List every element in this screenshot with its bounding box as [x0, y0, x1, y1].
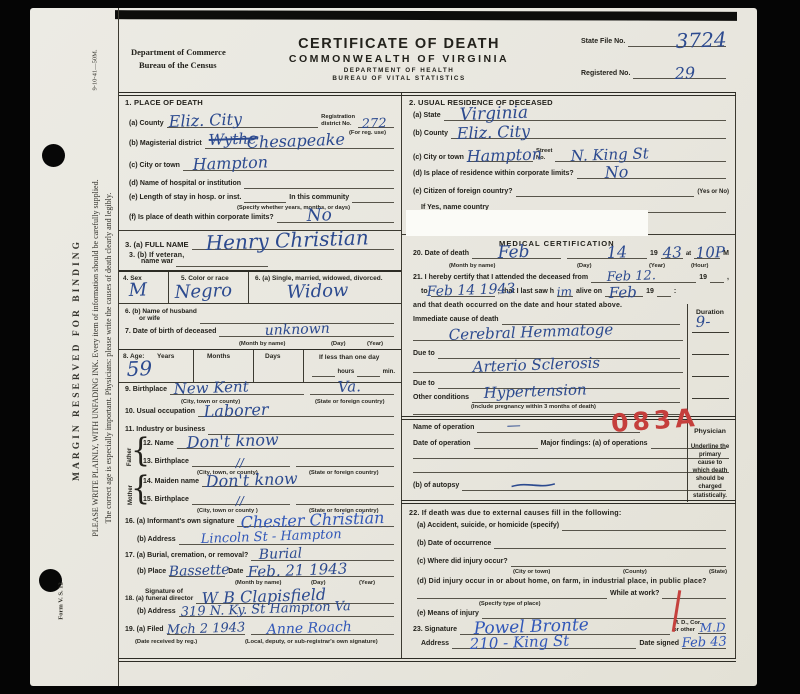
injury-city-note: (City or town) [513, 569, 550, 575]
dod-year-value: 43 [662, 246, 682, 260]
county-value: Eliz. City [168, 112, 242, 129]
corp-limits-value: No [306, 208, 332, 224]
years-label: Years [157, 353, 174, 360]
date-of-death-label: 20. Date of death [413, 250, 469, 259]
full-name-line: Henry Christian [192, 241, 394, 250]
res-county-label: (b) County [413, 130, 448, 139]
certificate-form: Department of Commerce Bureau of the Cen… [118, 8, 735, 686]
duration-value: 9- [696, 315, 711, 329]
occupation-label: 10. Usual occupation [125, 408, 195, 417]
punct: , [727, 274, 729, 283]
column-divider [401, 92, 402, 658]
registrar-signature: Anne Roach [266, 621, 351, 637]
res-corp-line: No [577, 170, 726, 179]
street-no-value: N. King St [571, 147, 649, 163]
code-stamp: 083A [610, 403, 699, 438]
major-findings-label: Major findings: (a) of operations [541, 440, 648, 449]
alive-on-label: alive on [576, 288, 602, 297]
informant-address-line: Lincoln St - Hampton [179, 536, 394, 545]
means-of-injury-label: (e) Means of injury [417, 610, 479, 619]
md-value: M.D [700, 622, 726, 634]
punch-hole [42, 144, 65, 167]
burial-year-note: (Year) [359, 580, 375, 586]
spouse-label: 6. (b) Name of husband or wife [125, 308, 197, 324]
dob-month-note: (Month by name) [239, 341, 285, 347]
bottom-rule [119, 658, 736, 662]
dob-value: unknown [265, 323, 330, 338]
filed-date-value: Mch 2 1943 [166, 623, 245, 637]
stay-label: (e) Length of stay in hosp. or inst. [129, 194, 241, 203]
stay-note: (Specify whether years, months, or days) [237, 205, 350, 211]
accident-label: (a) Accident, suicide, or homicide (spec… [417, 522, 559, 531]
cell-divider [193, 350, 194, 382]
hospital-label: (d) Name of hospital or institution [129, 180, 241, 189]
community-line [352, 194, 394, 203]
md-line: M.D [698, 627, 726, 634]
stay-line [244, 194, 286, 203]
city-town-label: (c) City or town [129, 162, 180, 171]
burial-place-line: Bassette [169, 568, 225, 577]
funeral-director-label: Signature of 18. (a) funeral director [125, 588, 193, 604]
informant-label: 16. (a) Informant's own signature [125, 518, 234, 527]
min-label: min. [383, 369, 395, 377]
cell-divider [253, 350, 254, 382]
funeral-address-line: 319 N. Ky. St Hampton Va [179, 608, 394, 617]
other-conditions-value: Hypertension [483, 383, 586, 400]
reg-district-label: Registration district No. [321, 114, 355, 128]
write-plainly-notice: PLEASE WRITE PLAINLY, WITH UNFADING INK.… [90, 179, 116, 536]
min-line [357, 368, 380, 377]
operation-value: — [507, 420, 521, 433]
rule [692, 398, 729, 399]
rule [401, 500, 736, 504]
citizen-line [516, 188, 695, 197]
certify-text-3: and that death occurred on the date and … [413, 302, 622, 309]
community-label: In this community [289, 194, 349, 203]
due-cont-line: Arterio Sclerosis [413, 364, 683, 373]
attended-to-line: Feb 14 1943 [431, 288, 495, 297]
dod-hour-note: (Hour) [691, 263, 708, 269]
father-birthplace-line: // [192, 458, 290, 467]
registered-no-value: 29 [675, 66, 696, 81]
name-war-line [176, 258, 268, 267]
dod-month-note: (Month by name) [449, 263, 495, 269]
operation-date-line [474, 440, 538, 449]
rule [692, 354, 729, 355]
registered-no-line: 29 [633, 70, 726, 79]
dod-month-value: Feb [497, 245, 529, 261]
him-line: im [557, 288, 573, 297]
occupation-line: Laborer [198, 408, 394, 417]
full-name-label: 3. (a) FULL NAME [125, 241, 189, 250]
print-code: 9-10-41—50M. [92, 50, 99, 91]
filed-date-line: Mch 2 1943 [167, 626, 245, 635]
mother-birthplace-state-line [296, 496, 394, 505]
mother-birthplace-value: // [236, 496, 244, 507]
injury-place-label: (d) Did injury occur in or about home, o… [417, 578, 707, 585]
injury-state-note: (State) [709, 569, 727, 575]
him-value: im [557, 287, 573, 298]
res-state-label: (a) State [413, 112, 441, 121]
punct: : [674, 288, 676, 297]
reg-district-value: 272 [362, 118, 387, 131]
blank-line [413, 472, 729, 473]
printed-19: 19 [699, 274, 707, 283]
state-file-line: 3724 [628, 38, 726, 47]
date-signed-label: Date signed [639, 640, 679, 649]
attended-from-line: Feb 12. [591, 274, 696, 283]
days-label: Days [265, 353, 281, 360]
rule [692, 332, 729, 333]
due-to-line-2: Hypertension [438, 380, 680, 389]
father-birthplace-state-line [296, 458, 394, 467]
father-birthplace-value: // [236, 458, 244, 469]
mother-birthplace-label: 15. Birthplace [143, 496, 189, 505]
date-signed-value: Feb 43 [682, 637, 727, 650]
burial-date-line: Feb. 21 1943 [246, 568, 394, 577]
place-type-note: (Specify type of place) [479, 601, 541, 607]
res-corp-label: (d) Is place of residence within corpora… [413, 170, 574, 179]
mother-name-label: 14. Maiden name [143, 478, 199, 487]
dod-day-line: 14 [567, 250, 647, 259]
write-plainly-line2: The correct age is especially important.… [103, 179, 116, 536]
bureau-census: Bureau of the Census [131, 59, 226, 72]
father-birthplace-label: 13. Birthplace [143, 458, 189, 467]
attended-from-value: Feb 12. [607, 271, 657, 284]
magisterial-line: Wythe Chesapeake [205, 140, 394, 149]
magisterial-label: (b) Magisterial district [129, 140, 202, 149]
cause-cont-line: Cerebral Hemmatoge [413, 332, 683, 341]
while-at-work-line [662, 590, 726, 599]
mother-birthplace-line: // [192, 496, 290, 505]
citizen-label: (e) Citizen of foreign country? [413, 188, 513, 197]
rule [692, 376, 729, 377]
binding-notice: MARGIN RESERVED FOR BINDING [72, 239, 82, 481]
father-name-label: 12. Name [143, 440, 174, 449]
dod-day-note: (Day) [577, 263, 592, 269]
burial-label: 17. (a) Burial, cremation, or removal? [125, 552, 248, 561]
physician-instruction: Underline the primary cause to which dea… [688, 443, 732, 500]
dod-month-line: Feb [472, 250, 561, 259]
months-label: Months [207, 353, 230, 360]
birthplace-label: 9. Birthplace [125, 386, 167, 395]
name-war-label: name war [141, 258, 173, 267]
occurrence-date-label: (b) Date of occurrence [417, 540, 491, 549]
certificate-title: CERTIFICATE OF DEATH [259, 36, 539, 52]
printed-19: 19 [650, 250, 658, 259]
street-no-line: N. King St [555, 153, 726, 162]
write-plainly-line1: PLEASE WRITE PLAINLY, WITH UNFADING INK.… [90, 179, 103, 536]
full-name-value: Henry Christian [205, 228, 369, 252]
county-label: (a) County [129, 120, 164, 129]
burial-date-label: Date [228, 568, 243, 577]
printed-19: 19 [646, 288, 654, 297]
injury-where-label: (c) Where did injury occur? [417, 558, 508, 567]
informant-address-value: Lincoln St - Hampton [200, 529, 341, 546]
physician-address-label: Address [421, 640, 449, 649]
less-than-day-label: If less than one day [319, 354, 379, 361]
dod-day-value: 14 [606, 245, 627, 260]
res-city-label: (c) City or town [413, 154, 464, 163]
dod-hour-value: 10P [696, 245, 726, 260]
registrar-note: (Local, deputy, or sub-registrar's own s… [245, 639, 378, 645]
occurrence-date-line [494, 540, 726, 549]
physician-signature-label: 23. Signature [413, 626, 457, 635]
res-state-line: Virginia [444, 112, 726, 121]
registered-no-label: Registered No. [581, 70, 630, 79]
place-type-line [417, 590, 607, 599]
operation-label: Name of operation [413, 424, 474, 433]
autopsy-mark: ~ [502, 475, 565, 494]
filed-note: (Date received by reg.) [135, 639, 197, 645]
dept-commerce: Department of Commerce [131, 46, 226, 59]
cell-divider [303, 350, 304, 382]
blank-line [657, 288, 671, 297]
form-number: Form V. S. 12 [58, 582, 65, 620]
mother-name-line: Don't know [202, 478, 394, 487]
race-value: Negro [174, 283, 232, 301]
sex-race-marital-cells: 4. Sex M 5. Color or race Negro 6. (a) S… [119, 270, 401, 304]
res-county-value: Eliz. City [456, 124, 530, 141]
birthplace-value: New Kent [174, 380, 249, 396]
at-label: at [686, 251, 691, 259]
birthplace-state-value: Va. [338, 380, 362, 394]
autopsy-label: (b) of autopsy [413, 482, 459, 491]
funeral-address-value: 319 N. Ky. St Hampton Va [180, 601, 350, 619]
burial-place-label: (b) Place [137, 568, 166, 577]
city-town-value: Hampton [192, 155, 268, 172]
city-town-line: Hampton [183, 162, 394, 171]
due-to-label: Due to [413, 350, 435, 359]
hours-line [312, 368, 335, 377]
md-cor-label: M. D., Cor., or other M.D [673, 620, 729, 635]
corp-limits-label: (f) Is place of death within corporate l… [129, 214, 274, 223]
filed-label: 19. (a) Filed [125, 626, 164, 635]
state-file-value: 3724 [676, 30, 728, 50]
state-file-label: State File No. [581, 38, 625, 47]
blank-line [710, 274, 724, 283]
birthplace-state-note: (State or foreign country) [315, 399, 385, 405]
hours-label: hours [338, 369, 355, 377]
dob-day-note: (Day) [331, 341, 346, 347]
alive-on-value: Feb [609, 286, 638, 300]
father-bp-state-note: (State or foreign country) [309, 470, 379, 476]
burial-value: Burial [259, 548, 303, 562]
accident-line [562, 522, 726, 531]
physician-address-line: 210 - King St [452, 640, 636, 649]
corp-limits-line: No [277, 214, 394, 223]
res-state-value: Virginia [459, 105, 528, 123]
date-signed-line: Feb 43 [682, 640, 726, 649]
section1-heading: 1. PLACE OF DEATH [125, 98, 203, 107]
physician-address-value: 210 - King St [470, 634, 570, 651]
immediate-cause-value: Cerebral Hemmatoge [449, 323, 614, 342]
burial-place-value: Bassette [169, 564, 230, 579]
blank-line [413, 458, 729, 459]
registrar-line: Anne Roach [251, 626, 394, 635]
while-at-work-label: While at work? [610, 590, 659, 599]
due-to-value: Arterio Sclerosis [473, 356, 601, 374]
magisterial-value: Chesapeake [246, 132, 345, 150]
sex-value: M [128, 282, 147, 299]
funeral-address-label: (b) Address [137, 608, 176, 617]
dept-health: DEPARTMENT OF HEALTH [259, 67, 539, 74]
age-value: 59 [126, 359, 152, 378]
father-name-value: Don't know [186, 432, 278, 450]
res-county-line: Eliz. City [451, 130, 726, 139]
cell-divider [248, 272, 249, 303]
occupation-value: Laborer [204, 402, 269, 419]
certificate-paper: 9-10-41—50M. MARGIN RESERVED FOR BINDING… [30, 8, 757, 686]
burial-month-note: (Month by name) [235, 580, 281, 586]
injury-where-line [511, 558, 726, 567]
commonwealth-subtitle: COMMONWEALTH OF VIRGINIA [259, 53, 539, 65]
res-corp-value: No [604, 165, 628, 180]
cell-divider [168, 272, 169, 303]
mother-name-value: Don't know [206, 471, 298, 489]
burial-date-value: Feb. 21 1943 [248, 562, 348, 579]
injury-county-note: (County) [623, 569, 647, 575]
informant-address-label: (b) Address [137, 536, 176, 545]
res-city-value: Hampton [466, 147, 542, 164]
attended-to-value: Feb 14 1943 [426, 283, 515, 299]
header-rule [119, 92, 736, 96]
hospital-line [244, 180, 394, 189]
dod-year-line: 43 [661, 250, 683, 259]
external-causes-heading: 22. If death was due to external causes … [409, 508, 622, 517]
alive-on-line: Feb [605, 288, 643, 297]
dod-hour-line: 10P [694, 250, 720, 259]
dob-line: unknown [219, 328, 394, 337]
dob-label: 7. Date of birth of deceased [125, 328, 216, 337]
county-line: Eliz. City [167, 119, 319, 128]
bureau-vital-stats: BUREAU OF VITAL STATISTICS [259, 75, 539, 82]
birthplace-state-line: Va. [310, 386, 394, 395]
due-to-label-2: Due to [413, 380, 435, 389]
operation-date-label: Date of operation [413, 440, 471, 449]
yes-or-no-note: (Yes or No) [697, 189, 729, 197]
marital-value: Widow [286, 283, 348, 301]
dob-year-note: (Year) [367, 341, 383, 347]
informant-line: Chester Christian [237, 518, 394, 527]
redaction-overlay [406, 210, 648, 236]
father-name-line: Don't know [177, 440, 394, 449]
other-conditions-label: Other conditions [413, 394, 469, 403]
res-city-line: Hampton [467, 153, 533, 162]
birthplace-line: New Kent [170, 386, 304, 395]
reg-district-line: 272 [358, 119, 394, 128]
